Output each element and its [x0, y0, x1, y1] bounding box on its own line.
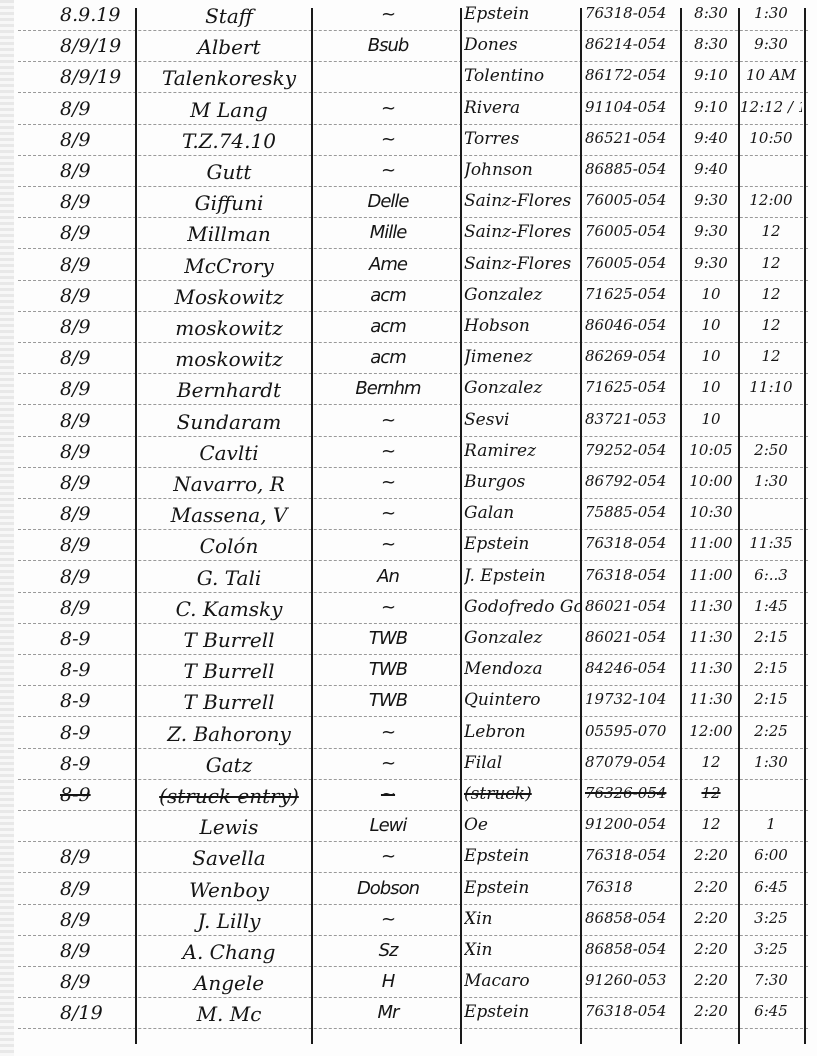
entry-reg-number: 76318-054	[585, 566, 681, 584]
entry-name: T.Z.74.10	[150, 129, 308, 153]
entry-time-out: 2:15	[740, 690, 802, 708]
entry-reg-number: 86858-054	[585, 940, 681, 958]
entry-reg-number: 91200-054	[585, 815, 681, 833]
log-entry-row: 8/9Massena, V~Galan75885-05410:30	[0, 501, 817, 532]
entry-time-out: 11:35	[740, 534, 802, 552]
entry-time-in: 2:20	[684, 846, 738, 864]
entry-time-out: 2:25	[740, 722, 802, 740]
entry-reg-number: 76318-054	[585, 1002, 681, 1020]
entry-reg-number: 79252-054	[585, 441, 681, 459]
entry-signature: ~	[318, 98, 458, 119]
log-entry-row: LewisLewiOe91200-054121	[0, 813, 817, 844]
log-entry-row: 8/9BernhardtBernhmGonzalez71625-0541011:…	[0, 376, 817, 407]
entry-reg-number: 86792-054	[585, 472, 681, 490]
entry-signature: ~	[318, 472, 458, 493]
entry-reg-number: 91260-053	[585, 971, 681, 989]
entry-staff: Epstein	[464, 534, 582, 554]
entry-name: A. Chang	[150, 940, 308, 964]
log-entry-row: 8/9MillmanMilleSainz-Flores76005-0549:30…	[0, 220, 817, 251]
entry-time-in: 2:20	[684, 1002, 738, 1020]
entry-signature: ~	[318, 534, 458, 555]
log-entry-row: 8/9moskowitzacmHobson86046-0541012	[0, 314, 817, 345]
entry-signature: ~	[318, 909, 458, 930]
entry-time-in: 9:30	[684, 191, 738, 209]
entry-staff: Rivera	[464, 98, 582, 118]
entry-name: Savella	[150, 846, 308, 870]
entry-name: M Lang	[150, 98, 308, 122]
entry-signature: acm	[318, 285, 458, 306]
entry-reg-number: 05595-070	[585, 722, 681, 740]
entry-staff: Ramirez	[464, 441, 582, 461]
entry-signature: ~	[318, 410, 458, 431]
log-entry-row: 8-9T BurrellTWBGonzalez86021-05411:302:1…	[0, 626, 817, 657]
entry-name: M. Mc	[150, 1002, 308, 1026]
log-entry-row: 8/9C. Kamsky~Godofredo Gomez86021-05411:…	[0, 595, 817, 626]
entry-name: Talenkoresky	[150, 66, 308, 90]
entry-signature: ~	[318, 129, 458, 150]
entry-time-in: 10:00	[684, 472, 738, 490]
entry-staff: Gonzalez	[464, 628, 582, 648]
entry-time-in: 10	[684, 347, 738, 365]
log-entry-row: 8/9MoskowitzacmGonzalez71625-0541012	[0, 283, 817, 314]
entry-name: C. Kamsky	[150, 597, 308, 621]
log-entry-row: 8/9AngeleHMacaro91260-0532:207:30	[0, 969, 817, 1000]
entry-signature: TWB	[318, 628, 458, 649]
entry-staff: Hobson	[464, 316, 582, 336]
entry-name: Moskowitz	[150, 285, 308, 309]
entry-name: Bernhardt	[150, 378, 308, 402]
entry-name: Staff	[150, 4, 308, 28]
entry-reg-number: 19732-104	[585, 690, 681, 708]
entry-staff: Sainz-Flores	[464, 222, 582, 242]
log-entry-row: 8/9M Lang~Rivera91104-0549:1012:12 / 1:2…	[0, 96, 817, 127]
entry-reg-number: 76005-054	[585, 191, 681, 209]
entry-reg-number: 86214-054	[585, 35, 681, 53]
entry-staff: Sainz-Flores	[464, 191, 582, 211]
entry-staff: Macaro	[464, 971, 582, 991]
entry-name: Angele	[150, 971, 308, 995]
entry-name: G. Tali	[150, 566, 308, 590]
entry-staff: Epstein	[464, 1002, 582, 1022]
entry-time-in: 9:10	[684, 98, 738, 116]
entry-reg-number: 76318-054	[585, 846, 681, 864]
log-entry-row: 8-9Z. Bahorony~Lebron05595-07012:002:25	[0, 720, 817, 751]
entry-time-in: 11:30	[684, 690, 738, 708]
entry-time-out: 3:25	[740, 909, 802, 927]
entry-reg-number: 71625-054	[585, 285, 681, 303]
entry-signature: TWB	[318, 659, 458, 680]
entry-reg-number: 86172-054	[585, 66, 681, 84]
log-entry-row: 8/9/19AlbertBsubDones86214-0548:309:30	[0, 33, 817, 64]
entry-time-in: 10:30	[684, 503, 738, 521]
entry-signature: ~	[318, 441, 458, 462]
entry-time-in: 2:20	[684, 940, 738, 958]
entry-reg-number: 86521-054	[585, 129, 681, 147]
entry-staff: Torres	[464, 129, 582, 149]
entry-signature: Bernhm	[318, 378, 458, 399]
entry-time-out: 6:..3	[740, 566, 802, 584]
entry-signature: ~	[318, 160, 458, 181]
entry-name: Massena, V	[150, 503, 308, 527]
entry-time-out: 12	[740, 347, 802, 365]
entry-time-in: 10	[684, 316, 738, 334]
entry-time-out: 7:30	[740, 971, 802, 989]
entry-staff: J. Epstein	[464, 566, 582, 586]
entry-name: McCrory	[150, 254, 308, 278]
entry-signature: Lewi	[318, 815, 458, 836]
entry-time-out: 1:30	[740, 753, 802, 771]
entry-time-out: 3:25	[740, 940, 802, 958]
entry-time-in: 9:40	[684, 129, 738, 147]
entry-time-out: 12	[740, 285, 802, 303]
log-entry-row: 8/9Savella~Epstein76318-0542:206:00	[0, 844, 817, 875]
entry-time-out: 12	[740, 316, 802, 334]
entry-time-in: 11:30	[684, 628, 738, 646]
entry-name: (struck entry)	[150, 784, 308, 808]
entry-time-in: 11:00	[684, 534, 738, 552]
entry-time-out: 1	[740, 815, 802, 833]
entry-time-out: 11:10	[740, 378, 802, 396]
log-entry-row: 8.9.19Staff~Epstein76318-0548:301:30	[0, 2, 817, 33]
entry-staff: Galan	[464, 503, 582, 523]
entry-time-out: 1:30	[740, 4, 802, 22]
entry-staff: Gonzalez	[464, 285, 582, 305]
log-entry-row: 8/9GiffuniDelleSainz-Flores76005-0549:30…	[0, 189, 817, 220]
entry-staff: Epstein	[464, 878, 582, 898]
entry-time-in: 10	[684, 378, 738, 396]
log-entry-row: 8/19M. McMrEpstein76318-0542:206:45	[0, 1000, 817, 1031]
entry-reg-number: 86858-054	[585, 909, 681, 927]
log-entry-row: 8/9Colón~Epstein76318-05411:0011:35	[0, 532, 817, 563]
entry-reg-number: 75885-054	[585, 503, 681, 521]
entry-time-in: 8:30	[684, 4, 738, 22]
entry-staff: Quintero	[464, 690, 582, 710]
entry-time-out: 2:15	[740, 659, 802, 677]
entry-time-in: 8:30	[684, 35, 738, 53]
entry-staff: Tolentino	[464, 66, 582, 86]
entry-time-out: 1:30	[740, 472, 802, 490]
log-entry-row: 8-9T BurrellTWBMendoza84246-05411:302:15	[0, 657, 817, 688]
log-entry-row: 8/9moskowitzacmJimenez86269-0541012	[0, 345, 817, 376]
entry-staff: Godofredo Gomez	[464, 597, 582, 617]
entry-name: Wenboy	[150, 878, 308, 902]
entry-signature: acm	[318, 316, 458, 337]
entry-signature: ~	[318, 597, 458, 618]
log-entry-row: 8/9Navarro, R~Burgos86792-05410:001:30	[0, 470, 817, 501]
entry-time-in: 9:30	[684, 254, 738, 272]
entry-signature: TWB	[318, 690, 458, 711]
entry-signature: Bsub	[318, 35, 458, 56]
entry-time-out: 6:00	[740, 846, 802, 864]
entry-time-in: 11:30	[684, 659, 738, 677]
entry-name: Gatz	[150, 753, 308, 777]
entry-name: Sundaram	[150, 410, 308, 434]
entry-signature: ~	[318, 846, 458, 867]
entry-time-out: 12:12 / 1:25	[740, 98, 802, 116]
entry-name: Giffuni	[150, 191, 308, 215]
entry-signature: H	[318, 971, 458, 992]
entry-time-out: 2:15	[740, 628, 802, 646]
entry-name: Albert	[150, 35, 308, 59]
entry-signature: ~	[318, 4, 458, 25]
entry-name: moskowitz	[150, 347, 308, 371]
entry-name: J. Lilly	[150, 909, 308, 933]
log-entry-row: 8/9J. Lilly~Xin86858-0542:203:25	[0, 907, 817, 938]
entry-signature: acm	[318, 347, 458, 368]
entry-signature: Mr	[318, 1002, 458, 1023]
entry-signature: Mille	[318, 222, 458, 243]
entry-signature: Delle	[318, 191, 458, 212]
entry-signature: ~	[318, 784, 458, 805]
entry-staff: Lebron	[464, 722, 582, 742]
entry-time-out: 9:30	[740, 35, 802, 53]
log-entry-row: 8/9Sundaram~Sesvi83721-05310	[0, 408, 817, 439]
entry-signature: An	[318, 566, 458, 587]
entry-time-in: 11:30	[684, 597, 738, 615]
entry-staff: Dones	[464, 35, 582, 55]
entry-staff: Xin	[464, 940, 582, 960]
entry-reg-number: 76318	[585, 878, 681, 896]
entry-name: Millman	[150, 222, 308, 246]
log-entry-row: 8/9McCroryAmeSainz-Flores76005-0549:3012	[0, 252, 817, 283]
log-entry-row: 8/9Gutt~Johnson86885-0549:40	[0, 158, 817, 189]
entry-staff: Gonzalez	[464, 378, 582, 398]
entry-reg-number: 76318-054	[585, 534, 681, 552]
entry-time-in: 12	[684, 815, 738, 833]
entry-reg-number: 91104-054	[585, 98, 681, 116]
entry-time-in: 2:20	[684, 878, 738, 896]
entry-signature: ~	[318, 503, 458, 524]
entry-reg-number: 86021-054	[585, 597, 681, 615]
entry-staff: Epstein	[464, 4, 582, 24]
entry-reg-number: 84246-054	[585, 659, 681, 677]
entry-time-out: 10:50	[740, 129, 802, 147]
entry-staff: Epstein	[464, 846, 582, 866]
entry-time-out: 2:50	[740, 441, 802, 459]
log-entry-row: 8/9Cavlti~Ramirez79252-05410:052:50	[0, 439, 817, 470]
entry-reg-number: 76005-054	[585, 222, 681, 240]
log-entry-row: 8/9A. ChangSzXin86858-0542:203:25	[0, 938, 817, 969]
entry-staff: Burgos	[464, 472, 582, 492]
log-entry-row: 8-9T BurrellTWBQuintero19732-10411:302:1…	[0, 688, 817, 719]
log-entry-row: 8/9G. TaliAnJ. Epstein76318-05411:006:..…	[0, 564, 817, 595]
entry-time-in: 2:20	[684, 971, 738, 989]
entry-name: T Burrell	[150, 628, 308, 652]
entry-staff: (struck)	[464, 784, 582, 804]
entry-time-in: 2:20	[684, 909, 738, 927]
entry-staff: Jimenez	[464, 347, 582, 367]
entry-name: T Burrell	[150, 659, 308, 683]
entry-reg-number: 76318-054	[585, 4, 681, 22]
entry-time-in: 10	[684, 410, 738, 428]
entry-time-out: 6:45	[740, 1002, 802, 1020]
entry-signature: Sz	[318, 940, 458, 961]
entry-time-in: 9:10	[684, 66, 738, 84]
entry-time-in: 10	[684, 285, 738, 303]
entry-reg-number: 86046-054	[585, 316, 681, 334]
entry-reg-number: 86885-054	[585, 160, 681, 178]
entry-time-in: 9:40	[684, 160, 738, 178]
entry-reg-number: 86269-054	[585, 347, 681, 365]
entry-staff: Xin	[464, 909, 582, 929]
entry-reg-number: 86021-054	[585, 628, 681, 646]
entry-name: Gutt	[150, 160, 308, 184]
entry-name: moskowitz	[150, 316, 308, 340]
entry-reg-number: 83721-053	[585, 410, 681, 428]
entry-signature: Dobson	[318, 878, 458, 899]
log-page: 8.9.19Staff~Epstein76318-0548:301:308/9/…	[0, 0, 817, 1056]
entry-time-in: 9:30	[684, 222, 738, 240]
entry-name: Navarro, R	[150, 472, 308, 496]
entry-time-out: 12:00	[740, 191, 802, 209]
entry-time-out: 1:45	[740, 597, 802, 615]
entry-time-in: 11:00	[684, 566, 738, 584]
entry-signature: ~	[318, 753, 458, 774]
entry-reg-number: 76005-054	[585, 254, 681, 272]
log-entry-row: 8/9WenboyDobsonEpstein763182:206:45	[0, 876, 817, 907]
entry-staff: Sainz-Flores	[464, 254, 582, 274]
log-entry-row: 8/9T.Z.74.10~Torres86521-0549:4010:50	[0, 127, 817, 158]
entry-reg-number: 76326-054	[585, 784, 681, 802]
entry-time-out: 10 AM	[740, 66, 802, 84]
entry-staff: Sesvi	[464, 410, 582, 430]
entry-time-in: 12	[684, 753, 738, 771]
entry-time-in: 12:00	[684, 722, 738, 740]
entry-name: T Burrell	[150, 690, 308, 714]
entry-signature: ~	[318, 722, 458, 743]
log-entry-row: 8/9/19TalenkoreskyTolentino86172-0549:10…	[0, 64, 817, 95]
entry-staff: Johnson	[464, 160, 582, 180]
entry-time-out: 6:45	[740, 878, 802, 896]
entry-time-out: 12	[740, 254, 802, 272]
entry-reg-number: 71625-054	[585, 378, 681, 396]
entry-staff: Oe	[464, 815, 582, 835]
entry-name: Cavlti	[150, 441, 308, 465]
entry-reg-number: 87079-054	[585, 753, 681, 771]
log-entry-row: 8-9Gatz~Filal87079-054121:30	[0, 751, 817, 782]
entry-time-in: 12	[684, 784, 738, 802]
entry-staff: Mendoza	[464, 659, 582, 679]
entry-staff: Filal	[464, 753, 582, 773]
entry-name: Colón	[150, 534, 308, 558]
entry-name: Lewis	[150, 815, 308, 839]
entry-time-in: 10:05	[684, 441, 738, 459]
entry-signature: Ame	[318, 254, 458, 275]
log-entry-row: 8-9(struck entry)~(struck)76326-05412	[0, 782, 817, 813]
entry-time-out: 12	[740, 222, 802, 240]
entry-name: Z. Bahorony	[150, 722, 308, 746]
